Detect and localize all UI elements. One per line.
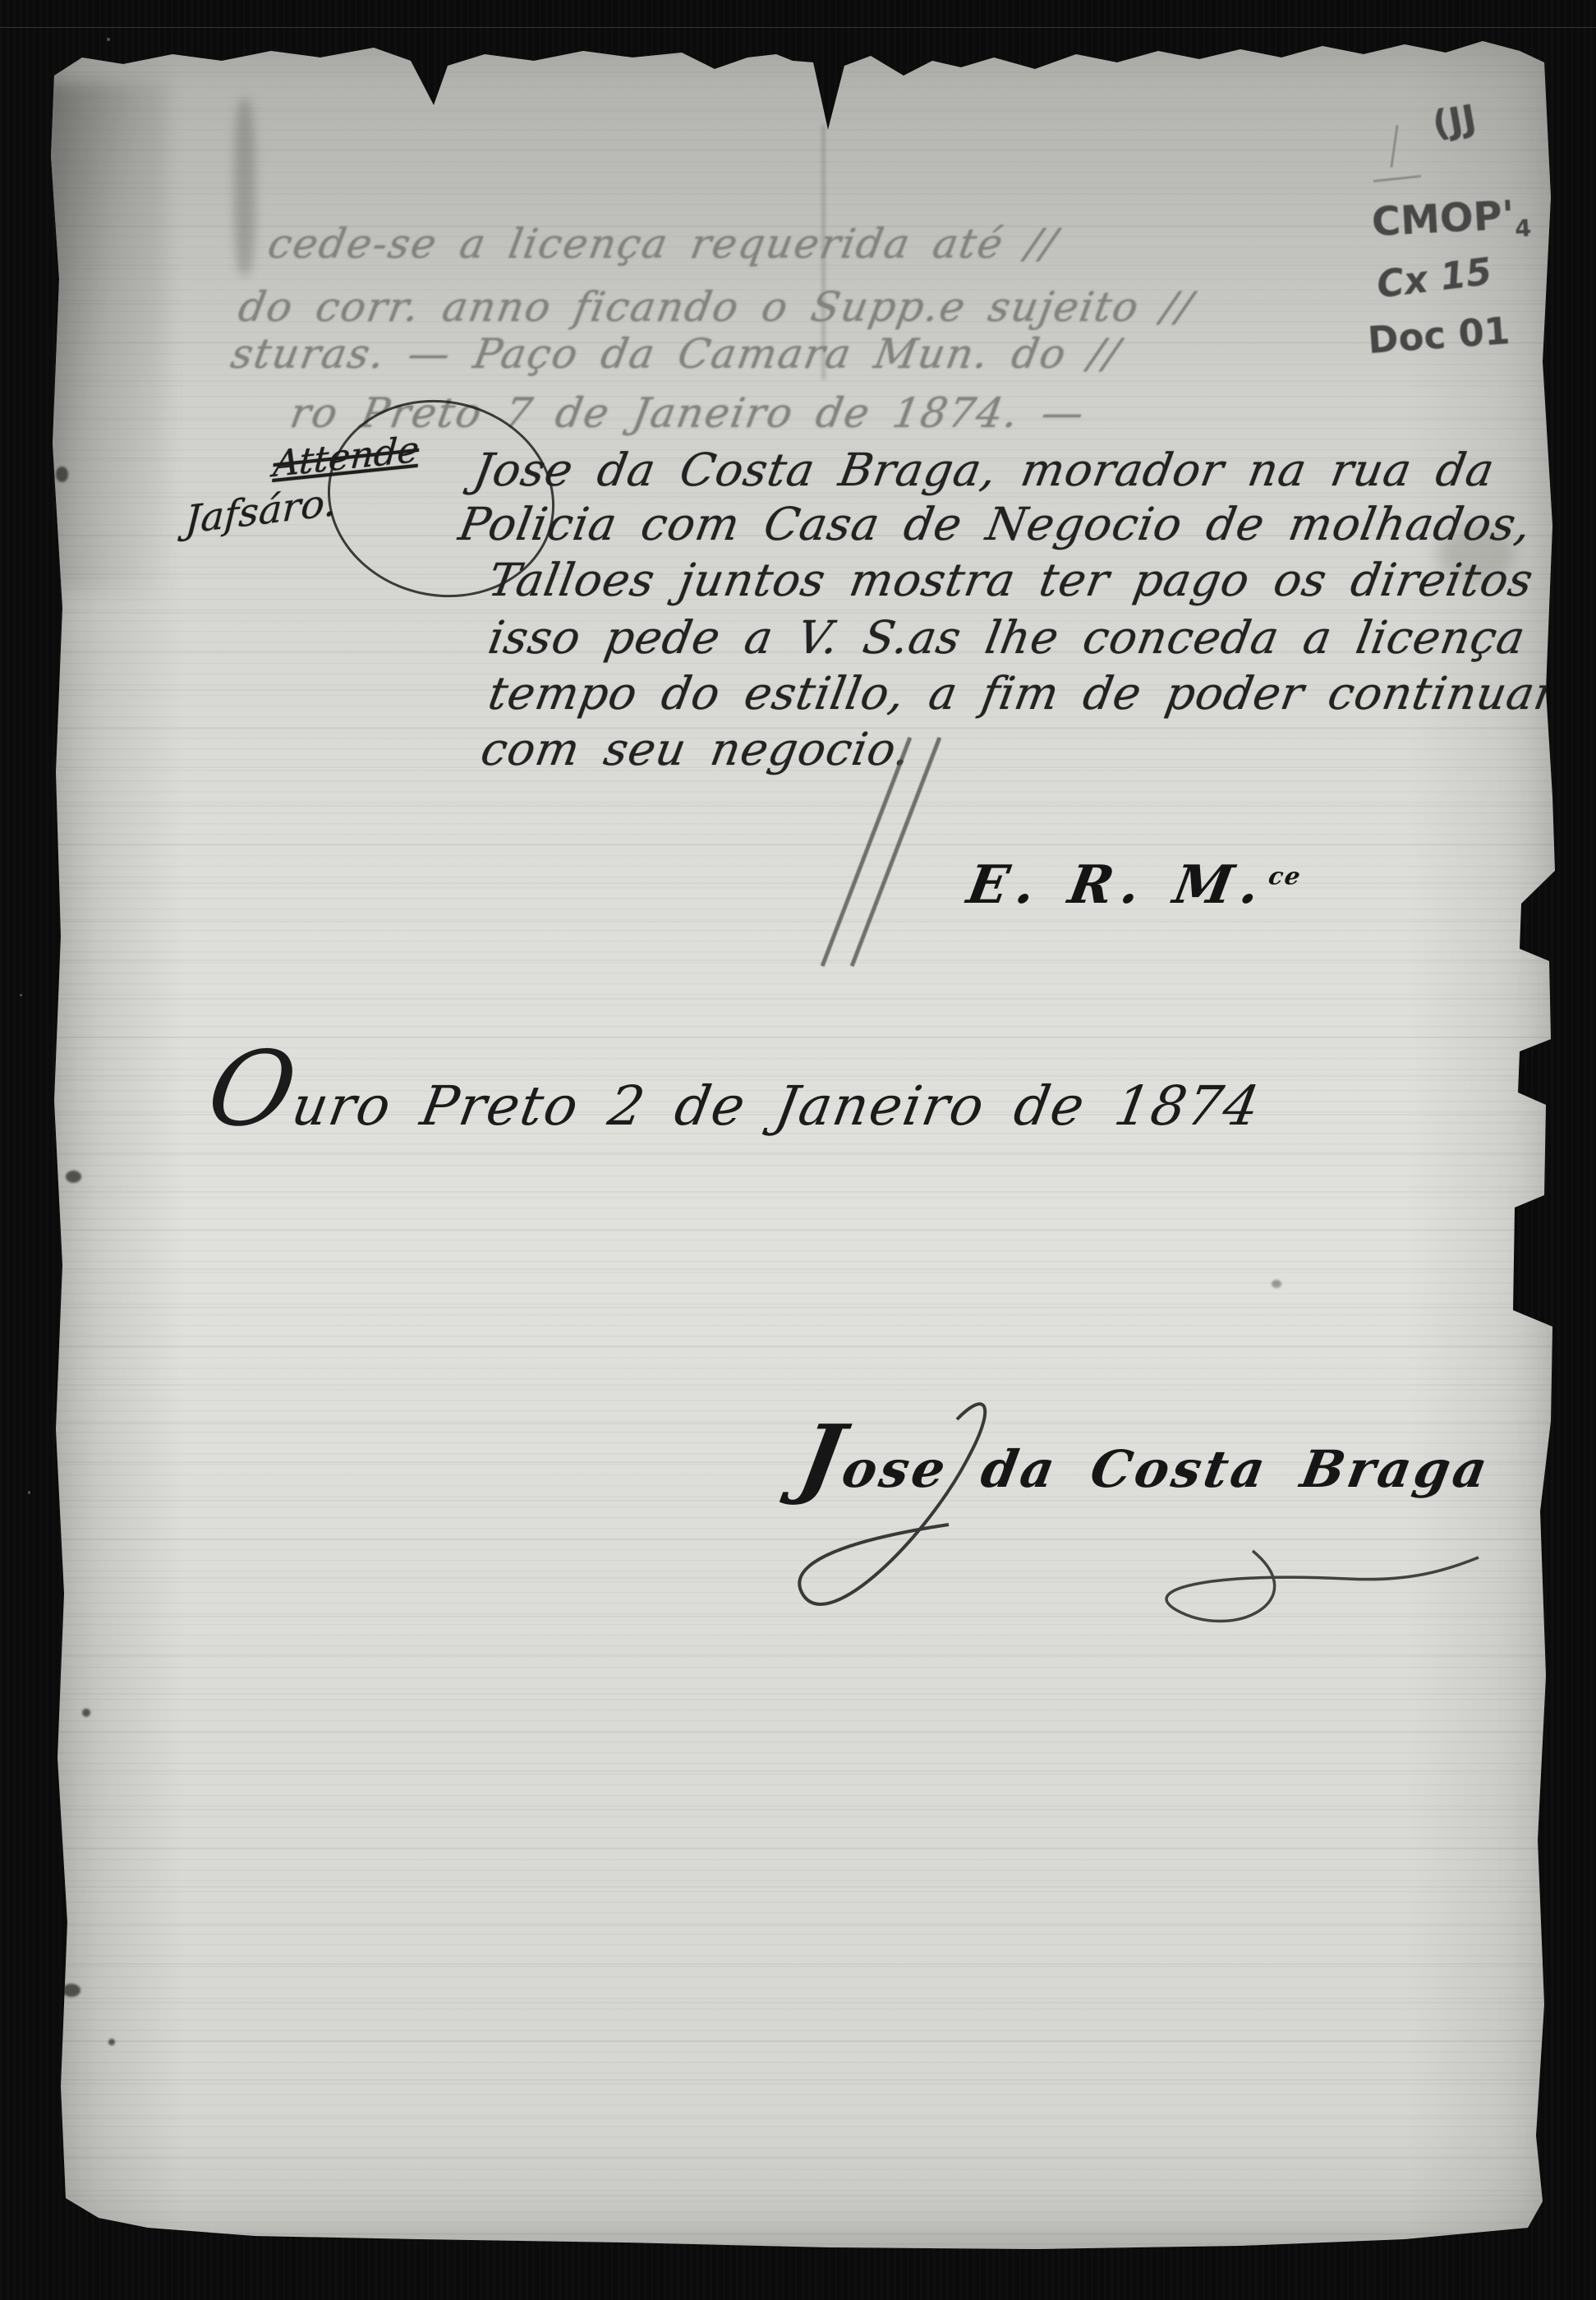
scanner-scratch-line [0,27,1596,28]
archive-fond-text: CMOP' [1371,192,1516,246]
background-speck [20,994,22,996]
ink-spot [56,467,68,482]
background-speck [28,1491,30,1494]
pencil-tick-mark [1390,125,1398,168]
archive-fond-label: CMOP'4 [1371,191,1533,251]
closing-abbreviation-superscript: ce [1267,862,1304,890]
ink-spot [82,1709,90,1717]
signature-flourish [772,1395,1495,1658]
petition-line-5: tempo do estillo, a fim de poder continu… [485,667,1562,720]
archive-fond-number: 4 [1514,214,1532,243]
dispatch-line-1: cede-se a licença requerida até // [264,220,1062,268]
scan-background: cede-se a licença requerida até // do co… [0,0,1596,2300]
ink-spot [62,1984,80,1997]
dispatch-line-3: sturas. — Paço da Camara Mun. do // [228,330,1125,378]
archive-corner-mark: (JJ [1429,97,1479,145]
ink-spot [66,1171,81,1183]
closing-abbreviation: E. R. M.ce [963,854,1305,916]
closing-abbreviation-main: E. R. M. [963,854,1272,916]
petition-line-4: isso pede a V. S.as lhe conceda a licenç… [485,611,1596,664]
ink-spot [1272,1280,1281,1288]
margin-note-word-2: Jafsáro. [184,480,338,543]
stain-vertical-streak [234,99,255,275]
pencil-dash-mark [1373,175,1421,182]
archive-doc-label: Doc 01 [1366,309,1511,362]
petition-line-2: Policia com Casa de Negocio de molhados,… [455,498,1596,550]
archive-box-label: Cx 15 [1374,250,1494,307]
petition-line-1: Jose da Costa Braga, morador na rua da [470,444,1499,496]
paragraph-end-slashes [813,729,945,976]
background-speck [107,38,110,41]
date-line: Ouro Preto 2 de Janeiro de 1874 [201,1074,1266,1138]
signature: Jose da Costa Braga [793,1439,1495,1499]
stain-left-edge [39,82,167,591]
ink-spot [108,2039,115,2045]
petition-line-3: Talloes juntos mostra ter pago os direit… [485,554,1596,606]
ink-spot [51,575,60,586]
dispatch-line-2: do corr. anno ficando o Supp.e sujeito /… [235,283,1198,331]
document-page: cede-se a licença requerida até // do co… [49,33,1557,2251]
